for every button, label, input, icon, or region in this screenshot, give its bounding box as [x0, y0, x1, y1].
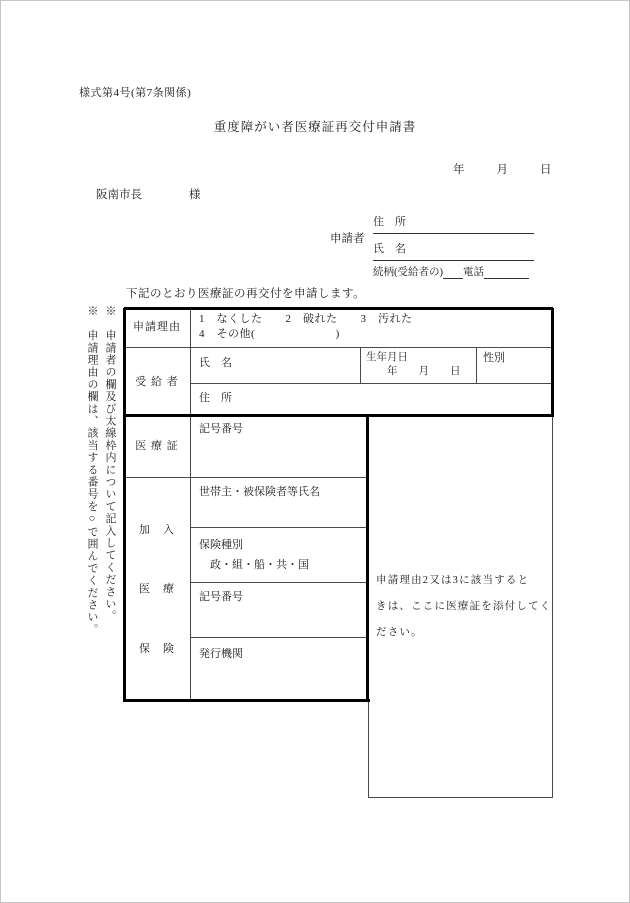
recipient-name-cell: 氏 名	[191, 348, 360, 384]
reason-row-label: 申請理由	[124, 308, 191, 348]
certificate-symbol-cell: 記号番号	[191, 416, 368, 478]
addressee-name: 阪南市長	[96, 189, 142, 201]
note-fill-instruction: ※ 申請者の欄及び太線枠内について記入してください。	[101, 305, 119, 647]
applicant-relation-field: 続柄(受給者の)電話	[373, 264, 529, 279]
recipient-birthdate-cell: 生年月日 年 月 日	[360, 348, 476, 384]
attachment-instruction: 申請理由2又は3に該当すると きは、ここに医療証を添付してく ださい。	[369, 568, 552, 646]
householder-name-cell: 世帯主・被保険者等氏名	[191, 478, 368, 528]
declaration-sentence: 下記のとおり医療証の再交付を申請します。	[126, 285, 365, 301]
insurance-label-line2: 医 療	[139, 582, 175, 597]
document-page: 様式第4号(第7条関係) 重度障がい者医療証再交付申請書 年 月 日 阪南市長様…	[0, 0, 630, 903]
bold-border-left	[123, 308, 126, 702]
applicant-name-field: 氏 名	[373, 240, 534, 261]
document-title: 重度障がい者医療証再交付申請書	[1, 117, 629, 135]
bold-border-bottom	[123, 699, 370, 702]
phone-label: 電話	[463, 267, 484, 278]
addressee-line: 阪南市長様	[96, 186, 201, 202]
recipient-row-label: 受 給 者	[124, 348, 191, 416]
bold-border-top	[124, 307, 553, 310]
side-notes: ※ 申請者の欄及び太線枠内について記入してください。 ※ 申請理由の欄は、該当す…	[83, 305, 119, 647]
insurance-label-line3: 保 険	[139, 642, 175, 657]
issuing-agency-cell: 発行機関	[191, 638, 368, 701]
relation-blank-line	[443, 265, 463, 279]
certificate-attachment-area: 申請理由2又は3に該当すると きは、ここに医療証を添付してく ださい。	[368, 416, 553, 798]
bold-border-vertical	[366, 414, 369, 702]
date-line: 年 月 日	[453, 161, 555, 177]
bold-border-middle	[124, 414, 553, 417]
phone-blank-line	[484, 265, 529, 279]
recipient-sex-cell: 性別	[476, 348, 553, 384]
insurance-label-line1: 加 入	[139, 523, 175, 538]
applicant-address-label: 住 所	[373, 216, 406, 228]
insurance-symbol-cell: 記号番号	[191, 583, 368, 638]
insurance-row-label: 加 入 医 療 保 険	[124, 478, 191, 701]
note-circle-instruction: ※ 申請理由の欄は、該当する番号を○で囲んでください。	[83, 305, 101, 647]
bold-border-right	[551, 308, 554, 417]
application-table: 申請理由 1 なくした 2 破れた 3 汚れた 4 その他( ) 受 給 者 氏…	[124, 308, 553, 799]
certificate-row-label: 医 療 証	[124, 416, 191, 478]
insurance-type-cell: 保険種別 政・組・船・共・国	[191, 528, 368, 583]
form-number-label: 様式第4号(第7条関係)	[79, 84, 191, 100]
relation-label: 続柄(受給者の)	[373, 267, 443, 278]
recipient-address-cell: 住 所	[191, 384, 553, 416]
applicant-address-field: 住 所	[373, 213, 534, 234]
reason-options-cell: 1 なくした 2 破れた 3 汚れた 4 その他( )	[191, 308, 553, 348]
applicant-name-label: 氏 名	[373, 243, 406, 255]
applicant-label: 申請者	[330, 230, 365, 246]
addressee-honorific: 様	[189, 189, 201, 201]
